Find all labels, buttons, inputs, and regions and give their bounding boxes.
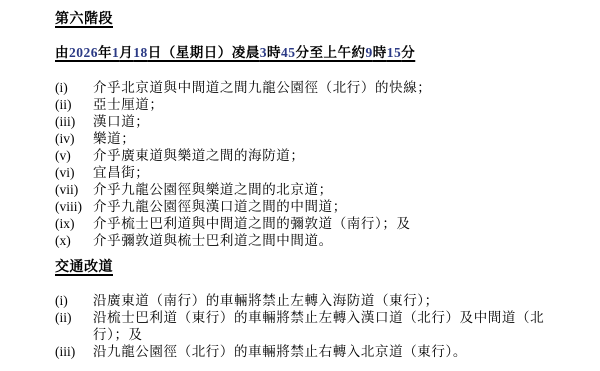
item-label: (iv) <box>55 130 93 147</box>
list-item: (vi) 宜昌街； <box>55 164 561 181</box>
item-text: 亞士厘道； <box>93 96 561 113</box>
list-item: (i) 介乎北京道與中間道之間九龍公園徑（北行）的快線； <box>55 79 561 96</box>
list-item: (i) 沿廣東道（南行）的車輛將禁止左轉入海防道（東行）； <box>55 292 561 309</box>
list-item: (iv) 樂道； <box>55 130 561 147</box>
item-text: 介乎九龍公園徑與樂道之間的北京道； <box>93 181 561 198</box>
diversion-heading: 交通改道 <box>55 259 561 276</box>
item-text: 沿廣東道（南行）的車輛將禁止左轉入海防道（東行）； <box>93 292 561 309</box>
item-text: 漢口道； <box>93 113 561 130</box>
item-text: 宜昌街； <box>93 164 561 181</box>
item-text: 沿九龍公園徑（北行）的車輛將禁止右轉入北京道（東行）。 <box>93 343 561 360</box>
item-text: 介乎北京道與中間道之間九龍公園徑（北行）的快線； <box>93 79 561 96</box>
list-item: (iii) 漢口道； <box>55 113 561 130</box>
list-item: (x) 介乎彌敦道與梳士巴利道之間中間道。 <box>55 232 561 249</box>
list-item: (v) 介乎廣東道與樂道之間的海防道； <box>55 147 561 164</box>
date-heading: 由2026年1月18日（星期日）凌晨3時45分至上午約9時15分 <box>55 44 561 61</box>
list-item: (ii) 沿梳士巴利道（東行）的車輛將禁止左轉入漢口道（北行）及中間道（北行）；… <box>55 309 561 343</box>
item-label: (i) <box>55 292 93 309</box>
item-label: (x) <box>55 232 93 249</box>
document: 第六階段 由2026年1月18日（星期日）凌晨3時45分至上午約9時15分 (i… <box>0 0 600 360</box>
list-item: (iii) 沿九龍公園徑（北行）的車輛將禁止右轉入北京道（東行）。 <box>55 343 561 360</box>
list-item: (ix) 介乎梳士巴利道與中間道之間的彌敦道（南行）；及 <box>55 215 561 232</box>
item-label: (ii) <box>55 96 93 113</box>
item-label: (iii) <box>55 113 93 130</box>
item-label: (v) <box>55 147 93 164</box>
list-item: (ii) 亞士厘道； <box>55 96 561 113</box>
item-text: 樂道； <box>93 130 561 147</box>
list-item: (viii) 介乎九龍公園徑與漢口道之間的中間道； <box>55 198 561 215</box>
closure-list: (i) 介乎北京道與中間道之間九龍公園徑（北行）的快線； (ii) 亞士厘道； … <box>55 79 561 249</box>
item-text: 介乎廣東道與樂道之間的海防道； <box>93 147 561 164</box>
item-label: (vii) <box>55 181 93 198</box>
item-text: 介乎九龍公園徑與漢口道之間的中間道； <box>93 198 561 215</box>
phase-heading: 第六階段 <box>55 11 561 28</box>
item-label: (vi) <box>55 164 93 181</box>
item-label: (viii) <box>55 198 93 215</box>
item-text: 介乎彌敦道與梳士巴利道之間中間道。 <box>93 232 561 249</box>
list-item: (vii) 介乎九龍公園徑與樂道之間的北京道； <box>55 181 561 198</box>
item-label: (ix) <box>55 215 93 232</box>
diversion-list: (i) 沿廣東道（南行）的車輛將禁止左轉入海防道（東行）； (ii) 沿梳士巴利… <box>55 292 561 360</box>
item-text: 沿梳士巴利道（東行）的車輛將禁止左轉入漢口道（北行）及中間道（北行）；及 <box>93 309 561 343</box>
item-label: (iii) <box>55 343 93 360</box>
item-text: 介乎梳士巴利道與中間道之間的彌敦道（南行）；及 <box>93 215 561 232</box>
item-label: (ii) <box>55 309 93 326</box>
item-label: (i) <box>55 79 93 96</box>
